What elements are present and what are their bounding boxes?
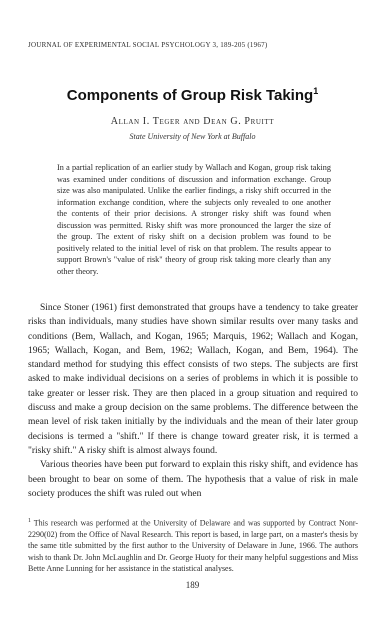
- body-paragraph-1: Since Stoner (1961) first demonstrated t…: [28, 301, 358, 458]
- journal-header: JOURNAL OF EXPERIMENTAL SOCIAL PSYCHOLOG…: [28, 41, 358, 49]
- title-footnote-marker: 1: [313, 86, 318, 96]
- paper-title: Components of Group Risk Taking1: [0, 86, 385, 104]
- page-number: 189: [0, 580, 385, 590]
- paper-page: JOURNAL OF EXPERIMENTAL SOCIAL PSYCHOLOG…: [0, 0, 385, 626]
- affiliation-line: State University of New York at Buffalo: [0, 132, 385, 141]
- paper-title-text: Components of Group Risk Taking: [67, 87, 313, 104]
- footnote-text: This research was performed at the Unive…: [28, 519, 358, 574]
- abstract-block: In a partial replication of an earlier s…: [57, 162, 331, 277]
- body-paragraph-2: Various theories have been put forward t…: [28, 458, 358, 501]
- footnote-block: 1 This research was performed at the Uni…: [28, 516, 358, 575]
- authors-line: Allan I. Teger and Dean G. Pruitt: [0, 116, 385, 127]
- body-text: Since Stoner (1961) first demonstrated t…: [28, 301, 358, 501]
- footnote-marker: 1: [28, 518, 31, 524]
